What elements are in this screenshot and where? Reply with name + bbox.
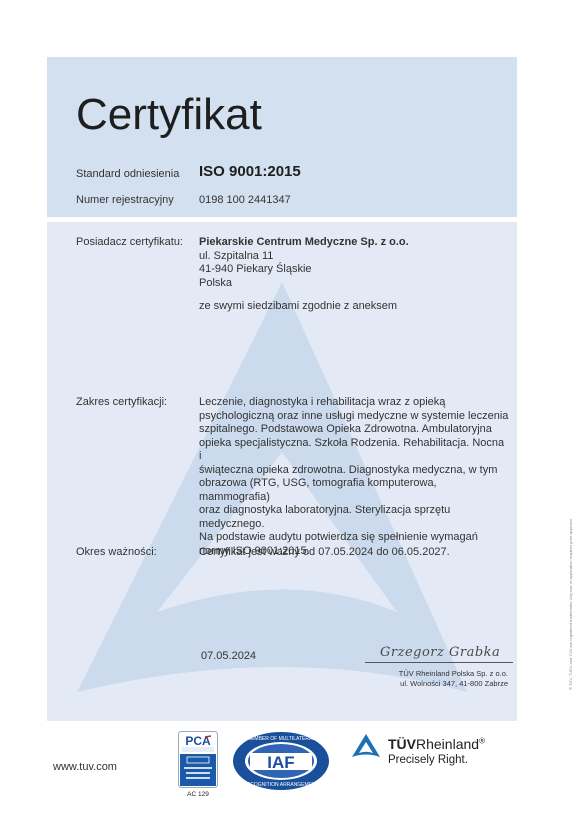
scope-line: Leczenie, diagnostyka i rehabilitacja wr… — [199, 396, 509, 410]
tuv-slogan: Precisely Right. — [388, 754, 468, 766]
iaf-logo: IAF MEMBER OF MULTILATERAL RECOGNITION A… — [232, 731, 330, 796]
holder-label: Posiadacz certyfikatu: — [76, 236, 183, 248]
validity-label: Okres ważności: — [76, 546, 157, 558]
scope-line: Na podstawie audytu potwierdza się spełn… — [199, 531, 509, 545]
trademark-disclaimer: ® TÜV, TUEV and TUV are registered trade… — [568, 518, 573, 690]
website-link[interactable]: www.tuv.com — [53, 761, 117, 773]
signature: Grzegorz Grabka — [380, 645, 500, 660]
holder-street: ul. Szpitalna 11 — [199, 250, 409, 264]
tuv-triangle-logo-icon — [350, 732, 382, 760]
issuer-name: TÜV Rheinland Polska Sp. z o.o. — [399, 669, 508, 679]
scope-line: oraz diagnostyka laboratoryjna. Steryliz… — [199, 504, 509, 518]
scope-line: obrazowa (RTG, USG, tomografia komputero… — [199, 477, 509, 504]
standard-value: ISO 9001:2015 — [199, 165, 301, 179]
iaf-mla-logo-icon: IAF MEMBER OF MULTILATERAL RECOGNITION A… — [232, 731, 330, 791]
certificate-title: Certyfikat — [76, 90, 262, 140]
signature-line — [365, 662, 513, 663]
holder-block: Piekarskie Centrum Medyczne Sp. z o.o. u… — [199, 236, 409, 314]
svg-text:RECOGNITION ARRANGEMENT: RECOGNITION ARRANGEMENT — [243, 782, 318, 788]
holder-note: ze swymi siedzibami zgodnie z aneksem — [199, 300, 409, 314]
svg-text:IAF: IAF — [267, 753, 294, 772]
registration-label: Numer rejestracyjny — [76, 194, 174, 206]
scope-line: opieka specjalistyczna. Szkoła Rodzenia.… — [199, 437, 509, 464]
scope-line: medycznego. — [199, 518, 509, 532]
issuer-block: TÜV Rheinland Polska Sp. z o.o. ul. Woln… — [399, 669, 508, 689]
scope-label: Zakres certyfikacji: — [76, 396, 167, 408]
holder-country: Polska — [199, 277, 409, 291]
pca-code: AC 129 — [178, 791, 218, 798]
standard-label: Standard odniesienia — [76, 168, 179, 180]
holder-city: 41-940 Piekary Śląskie — [199, 263, 409, 277]
validity-value: Certyfikat jest ważny od 07.05.2024 do 0… — [199, 546, 450, 560]
pca-logo-icon: PCA — [178, 731, 218, 793]
scope-text: Leczenie, diagnostyka i rehabilitacja wr… — [199, 396, 509, 558]
issuer-address: ul. Wolności 347, 41-800 Zabrze — [399, 679, 508, 689]
pca-accreditation-logo: PCA AC 129 — [178, 731, 218, 798]
tuv-rheinland-logo: TÜVRheinland® Precisely Right. — [350, 732, 382, 765]
tuv-brand: TÜVRheinland® — [388, 736, 485, 752]
scope-line: szpitalnego. Podstawowa Opieka Zdrowotna… — [199, 423, 509, 437]
registration-number: 0198 100 2441347 — [199, 194, 291, 208]
holder-name: Piekarskie Centrum Medyczne Sp. z o.o. — [199, 236, 409, 250]
scope-line: psychologiczną oraz inne usługi medyczne… — [199, 410, 509, 424]
scope-line: świąteczna opieka zdrowotna. Diagnostyka… — [199, 464, 509, 478]
issue-date: 07.05.2024 — [201, 650, 256, 662]
svg-text:MEMBER OF MULTILATERAL: MEMBER OF MULTILATERAL — [247, 736, 315, 742]
